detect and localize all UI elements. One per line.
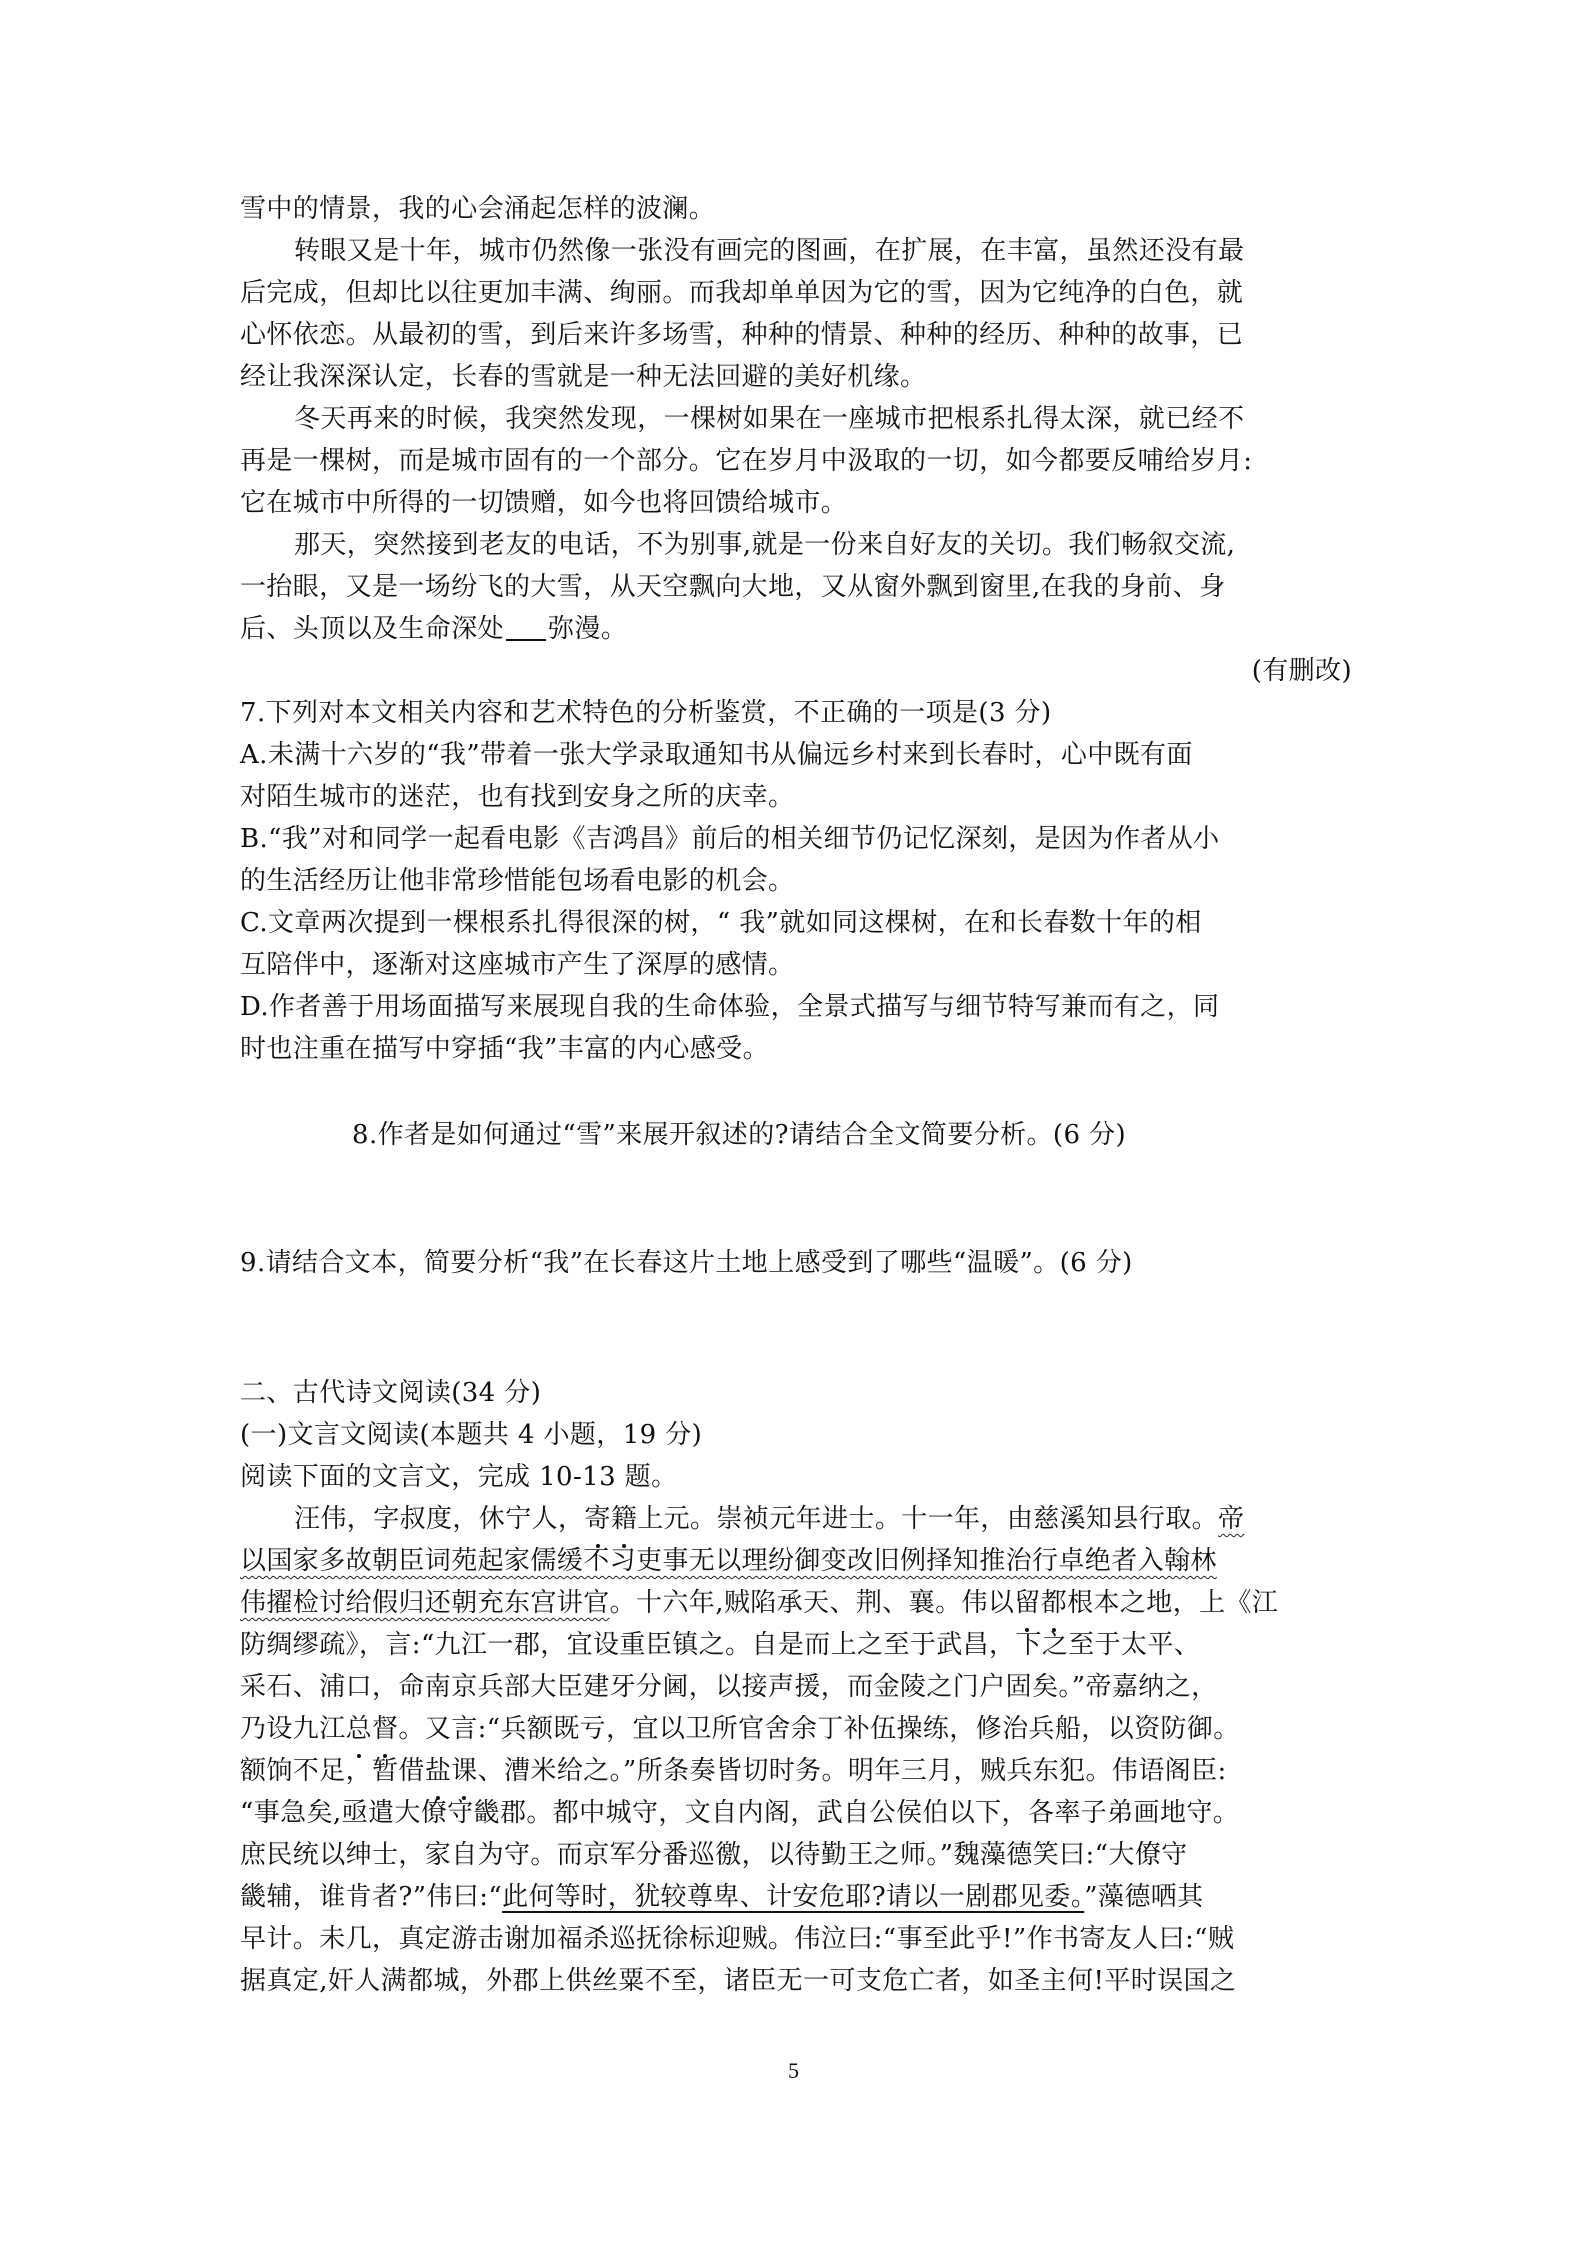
classical-line: 乃设九江总督。又言:“兵额既亏，宜以卫所官舍余丁补伍操练，修治兵船，以资防御。 — [240, 1708, 1352, 1750]
emphasized-char: 总 — [346, 1708, 372, 1750]
option-a-cont: 对陌生城市的迷茫，也有找到安身之所的庆幸。 — [240, 776, 1352, 818]
instruction: 阅读下面的文言文，完成 10-13 题。 — [240, 1456, 1352, 1498]
option-b: B.“我”对和同学一起看电影《吉鸿昌》前后的相关细节仍记忆深刻，是因为作者从小 — [240, 818, 1352, 860]
option-a: A.未满十六岁的“我”带着一张大学录取通知书从偏远乡村来到长春时，心中既有面 — [240, 734, 1352, 776]
classical-text: 汪伟，字叔度，休宁人， — [294, 1504, 584, 1534]
classical-text: 上元。崇祯元年进士。十一年，由慈溪知县行取。 — [637, 1504, 1218, 1534]
classical-line: 额饷不足，暂借盐课、漕米给之。”所条奏皆切时务。明年三月，贼兵东犯。伟语阁臣: — [240, 1750, 1352, 1792]
emphasized-char: 寄 — [584, 1498, 610, 1540]
classical-line: 汪伟，字叔度，休宁人，寄籍上元。崇祯元年进士。十一年，由慈溪知县行取。帝 — [240, 1498, 1352, 1540]
source-note: (有删改) — [240, 650, 1352, 692]
classical-line: 采石、浦口，命南京兵部大臣建牙分阃，以接声援，而金陵之门户固矣。”帝嘉纳之， — [240, 1666, 1352, 1708]
classical-line: 以国家多故朝臣词苑起家儒缓不习吏事无以理纷御变改旧例择知推治行卓绝者入翰林 — [240, 1540, 1352, 1582]
classical-text: 根本之地，上《江 — [1067, 1588, 1278, 1618]
wavy-underlined-text: 帝 — [1218, 1504, 1244, 1534]
classical-line: 畿辅，谁肯者?”伟曰:“此何等时，犹较尊卑、计安危耶?请以一剧郡见委。”藻德哂其 — [240, 1876, 1352, 1918]
page-number: 5 — [0, 2058, 1587, 2084]
essay-line: 再是一棵树，而是城市固有的一个部分。它在岁月中汲取的一切，如今都要反哺给岁月: — [240, 440, 1352, 482]
classical-text: 乃设九江 — [240, 1714, 346, 1744]
classical-text: 畿辅，谁肯者?”伟曰:“ — [240, 1882, 502, 1912]
option-d-cont: 时也注重在描写中穿插“我”丰富的内心感受。 — [240, 1028, 1352, 1070]
option-c: C.文章两次提到一棵根系扎得很深的树，“ 我”就如同这棵树，在和长春数十年的相 — [240, 902, 1352, 944]
essay-line: 经让我深深认定，长春的雪就是一种无法回避的美好机缘。 — [240, 356, 1352, 398]
essay-line: 转眼又是十年，城市仍然像一张没有画完的图画，在扩展，在丰富，虽然还没有最 — [240, 230, 1352, 272]
essay-line: 后、头顶以及生命深处弥漫。 — [240, 608, 1352, 650]
emphasized-char: 盐 — [425, 1750, 451, 1792]
classical-line: 早计。未几，真定游击谢加福杀巡抚徐标迎贼。伟泣曰:“事至此乎!”作书寄友人曰:“… — [240, 1918, 1352, 1960]
essay-line: 它在城市中所得的一切馈赠，如今也将回馈给城市。 — [240, 482, 1352, 524]
classical-text: 额饷不足，暂借 — [240, 1756, 425, 1786]
essay-line: 那天，突然接到老友的电话，不为别事,就是一份来自好友的关切。我们畅叙交流, — [240, 524, 1352, 566]
classical-line: 庶民统以绅士，家自为守。而京军分番巡徼，以待勤王之师。”魏藻德笑曰:“大僚守 — [240, 1834, 1352, 1876]
section-title: 二、古代诗文阅读(34 分) — [240, 1372, 1352, 1414]
essay-line: 冬天再来的时候，我突然发现，一棵树如果在一座城市把根系扎得太深，就已经不 — [240, 398, 1352, 440]
classical-text: ”藻德哂其 — [1084, 1882, 1203, 1912]
emphasized-char: 课 — [451, 1750, 477, 1792]
question-9: 9.请结合文本，简要分析“我”在长春这片土地上感受到了哪些“温暖”。(6 分) — [240, 1242, 1352, 1284]
document-page: 雪中的情景，我的心会涌起怎样的波澜。 转眼又是十年，城市仍然像一张没有画完的图画… — [240, 188, 1352, 2002]
option-b-cont: 的生活经历让他非常珍惜能包场看电影的机会。 — [240, 860, 1352, 902]
classical-line: “事急矣,亟遣大僚守畿郡。都中城守，文自内阁，武自公侯伯以下，各率子弟画地守。 — [240, 1792, 1352, 1834]
classical-line: 据真定,奸人满都城，外郡上供丝粟不至，诸臣无一可支危亡者，如圣主何!平时误国之 — [240, 1960, 1352, 2002]
underlined-text: 此何等时，犹较尊卑、计安危耶?请以一剧郡见委。 — [502, 1882, 1084, 1912]
fill-blank — [506, 613, 546, 641]
option-c-cont: 互陪伴中，逐渐对这座城市产生了深厚的感情。 — [240, 944, 1352, 986]
wavy-underlined-text: 伟擢检讨给假归还朝充东宫讲官 — [240, 1588, 610, 1618]
essay-text: 后、头顶以及生命深处 — [240, 614, 504, 644]
classical-line: 防绸缪疏》，言:“九江一郡，宜设重臣镇之。自是而上之至于武昌，下之至于太平、 — [240, 1624, 1352, 1666]
emphasized-char: 督 — [372, 1708, 398, 1750]
essay-line: 心怀依恋。从最初的雪，到后来许多场雪，种种的情景、种种的经历、种种的故事，已 — [240, 314, 1352, 356]
essay-line: 一抬眼，又是一场纷飞的大雪，从天空飘向大地，又从窗外飘到窗里,在我的身前、身 — [240, 566, 1352, 608]
classical-text: 。十六年,贼陷承天、荆、襄。伟以 — [610, 1588, 1015, 1618]
essay-line: 雪中的情景，我的心会涌起怎样的波澜。 — [240, 188, 1352, 230]
essay-text: 弥漫。 — [548, 614, 627, 644]
question-8: 8.作者是如何通过“雪”来展开叙述的?请结合全文简要分析。(6 分) — [240, 1114, 1352, 1156]
essay-line: 后完成，但却比以往更加丰满、绚丽。而我却单单因为它的雪，因为它纯净的白色，就 — [240, 272, 1352, 314]
question-7-stem: 7.下列对本文相关内容和艺术特色的分析鉴赏，不正确的一项是(3 分) — [240, 692, 1352, 734]
emphasized-char: 都 — [1041, 1582, 1067, 1624]
option-d: D.作者善于用场面描写来展现自我的生命体验，全景式描写与细节特写兼而有之，同 — [240, 986, 1352, 1028]
classical-text: 、漕米给之。”所条奏皆切时务。明年三月，贼兵东犯。伟语阁臣: — [478, 1756, 1227, 1786]
subsection-title: (一)文言文阅读(本题共 4 小题，19 分) — [240, 1414, 1352, 1456]
emphasized-char: 籍 — [611, 1498, 637, 1540]
classical-text: 。又言:“兵额既亏，宜以卫所官舍余丁补伍操练，修治兵船，以资防御。 — [398, 1714, 1239, 1744]
classical-line: 伟擢检讨给假归还朝充东宫讲官。十六年,贼陷承天、荆、襄。伟以留都根本之地，上《江 — [240, 1582, 1352, 1624]
wavy-underlined-text: 以国家多故朝臣词苑起家儒缓不习吏事无以理纷御变改旧例择知推治行卓绝者入翰林 — [240, 1546, 1217, 1576]
emphasized-char: 留 — [1014, 1582, 1040, 1624]
